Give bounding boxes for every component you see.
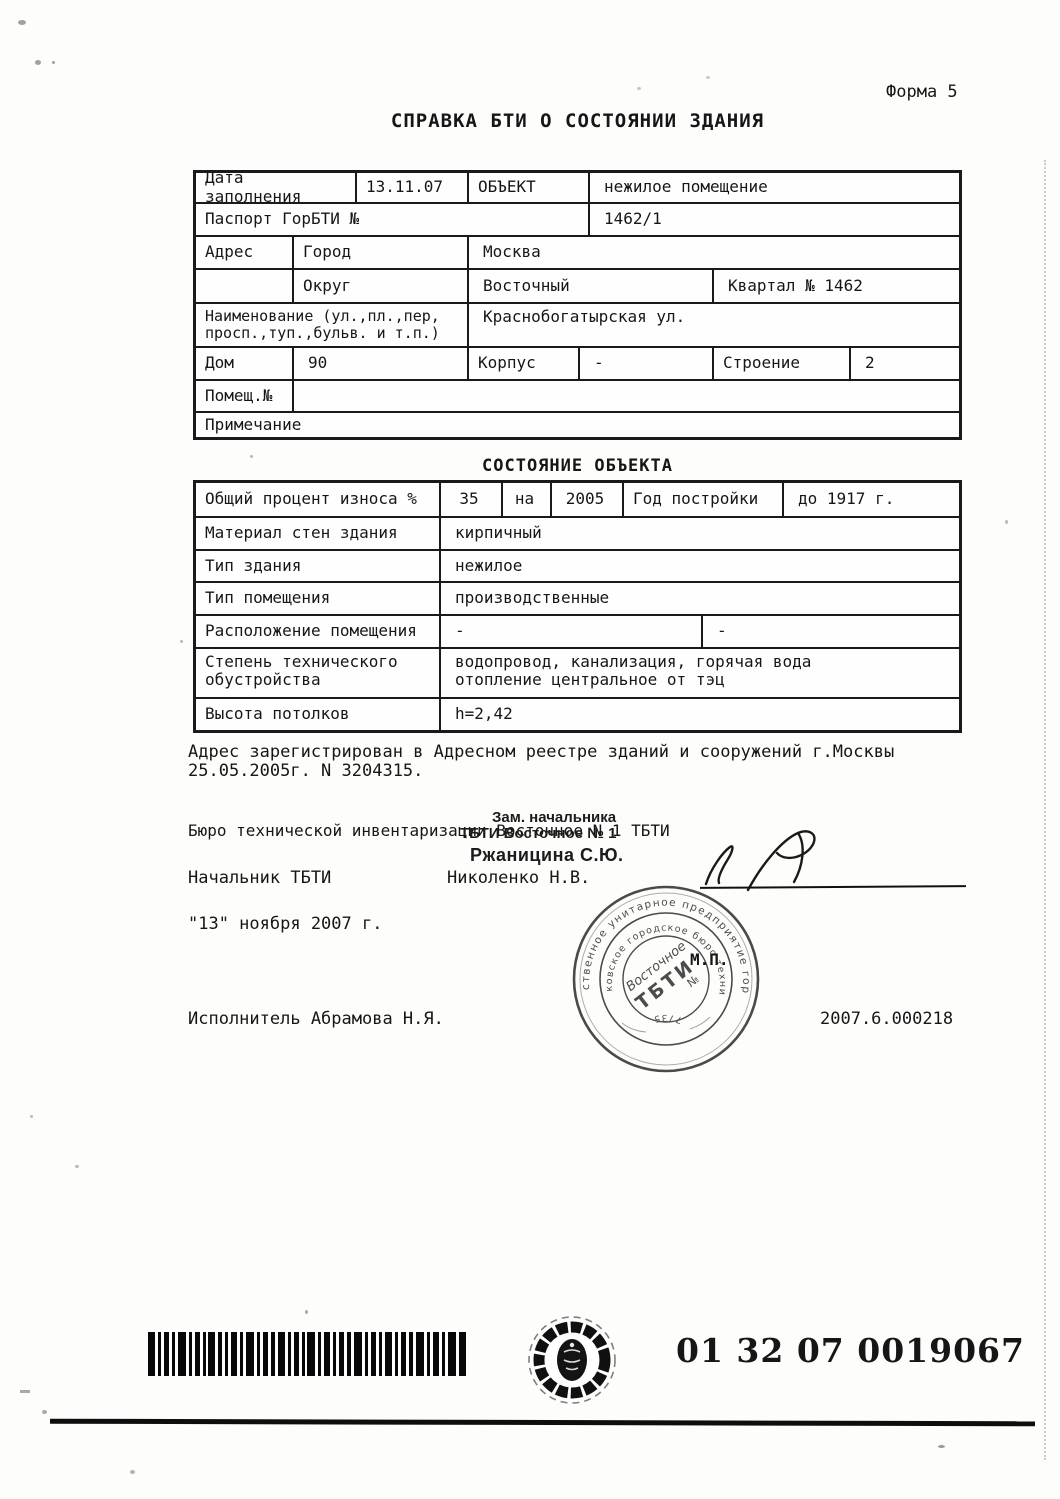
cell-object-label: ОБЪЕКТ bbox=[469, 173, 590, 202]
table-row: Общий процент износа % 35 на 2005 Год по… bbox=[196, 483, 959, 516]
table-row: Примечание bbox=[196, 411, 959, 437]
cell-passport-value: 1462/1 bbox=[590, 204, 959, 235]
cell-wear-value: 35 bbox=[441, 483, 503, 516]
date-line: "13" ноября 2007 г. bbox=[188, 914, 382, 934]
stamp-bottom-digits: 7735 bbox=[651, 1012, 683, 1025]
cell-stroenie-value: 2 bbox=[851, 348, 959, 379]
stamp-role-line-2: ТБТИ Восточное № 1 bbox=[460, 825, 616, 842]
cell-utilities-label: Степень технического обустройства bbox=[196, 649, 441, 697]
scan-speck bbox=[18, 20, 26, 25]
cell-wear-label: Общий процент износа % bbox=[196, 483, 441, 516]
table-row: Высота потолков h=2,42 bbox=[196, 697, 959, 730]
utilities-line-1: водопровод, канализация, горячая вода bbox=[455, 653, 953, 671]
table-row: Степень технического обустройства водопр… bbox=[196, 647, 959, 697]
cell-district-label: Округ bbox=[294, 270, 469, 302]
cell-location-label: Расположение помещения bbox=[196, 616, 441, 647]
info-table: Дата заполнения 13.11.07 ОБЪЕКТ нежилое … bbox=[193, 170, 962, 440]
scan-speck bbox=[130, 1470, 135, 1474]
table-row: Округ Восточный Квартал № 1462 bbox=[196, 268, 959, 302]
table-row: Наименование (ул.,пл.,пер, просп.,туп.,б… bbox=[196, 302, 959, 346]
cell-stroenie-label: Строение bbox=[714, 348, 851, 379]
cell-note-label: Примечание bbox=[196, 413, 959, 437]
cell-kvartal-value: Квартал № 1462 bbox=[714, 270, 959, 302]
scan-speck bbox=[637, 87, 641, 90]
scan-speck bbox=[938, 1445, 945, 1448]
scan-speck bbox=[75, 1165, 79, 1168]
table-row: Расположение помещения - - bbox=[196, 614, 959, 647]
document-title: СПРАВКА БТИ О СОСТОЯНИИ ЗДАНИЯ bbox=[193, 110, 962, 132]
cell-district-value: Восточный bbox=[469, 270, 714, 302]
scan-speck bbox=[42, 1410, 47, 1414]
scan-speck bbox=[30, 1115, 33, 1118]
cell-korpus-label: Корпус bbox=[469, 348, 580, 379]
scan-speck bbox=[20, 1390, 30, 1393]
utilities-line-2: отопление центральное от тэц bbox=[455, 671, 953, 689]
svg-text:7735: 7735 bbox=[651, 1012, 683, 1025]
scan-speck bbox=[250, 455, 253, 458]
barcode-icon bbox=[148, 1332, 466, 1376]
cell-walls-value: кирпичный bbox=[441, 518, 959, 549]
document-number: 2007.6.000218 bbox=[820, 1009, 953, 1029]
table-row: Помещ.№ bbox=[196, 379, 959, 411]
state-table: Общий процент износа % 35 на 2005 Год по… bbox=[193, 480, 962, 733]
cell-built-value: до 1917 г. bbox=[784, 483, 959, 516]
footer-registration-number: 01 32 07 0019067 bbox=[676, 1331, 1025, 1370]
cell-built-label: Год постройки bbox=[624, 483, 784, 516]
scan-speck bbox=[305, 1310, 308, 1314]
mp-seal-label: М.П. bbox=[690, 950, 729, 969]
cell-street-value: Краснобогатырская ул. bbox=[469, 304, 959, 346]
scan-speck bbox=[180, 640, 183, 643]
scan-speck bbox=[35, 60, 41, 65]
round-stamp-icon: ственное унитарное предприятие города Мо… bbox=[570, 883, 762, 1075]
seal-emblem-icon bbox=[522, 1312, 622, 1412]
cell-na-year: 2005 bbox=[552, 483, 624, 516]
cell-korpus-value: - bbox=[580, 348, 714, 379]
table-row: Адрес Город Москва bbox=[196, 235, 959, 268]
cell-object-value: нежилое помещение bbox=[590, 173, 959, 202]
table-row: Тип помещения производственные bbox=[196, 581, 959, 614]
cell-street-label: Наименование (ул.,пл.,пер, просп.,туп.,б… bbox=[196, 304, 469, 346]
table-row: Дом 90 Корпус - Строение 2 bbox=[196, 346, 959, 379]
chief-name: Николенко Н.В. bbox=[447, 868, 590, 888]
cell-btype-value: нежилое bbox=[441, 551, 959, 581]
cell-city-value: Москва bbox=[469, 237, 959, 268]
cell-empty bbox=[196, 270, 294, 302]
table-row: Дата заполнения 13.11.07 ОБЪЕКТ нежилое … bbox=[196, 173, 959, 202]
cell-date-label: Дата заполнения bbox=[196, 173, 357, 202]
state-section-heading: СОСТОЯНИЕ ОБЪЕКТА bbox=[193, 456, 962, 476]
table-row: Тип здания нежилое bbox=[196, 549, 959, 581]
cell-ptype-value: производственные bbox=[441, 583, 959, 614]
table-row: Материал стен здания кирпичный bbox=[196, 516, 959, 549]
form-number-label: Форма 5 bbox=[886, 82, 958, 102]
deputy-chief-name: Ржаницина С.Ю. bbox=[470, 845, 624, 866]
cell-utilities-value: водопровод, канализация, горячая вода от… bbox=[441, 649, 959, 697]
scan-artifact-line bbox=[1044, 160, 1046, 1460]
cell-na-label: на bbox=[503, 483, 552, 516]
cell-ceiling-label: Высота потолков bbox=[196, 699, 441, 730]
cell-house-value: 90 bbox=[294, 348, 469, 379]
table-row: Паспорт ГорБТИ № 1462/1 bbox=[196, 202, 959, 235]
cell-ptype-label: Тип помещения bbox=[196, 583, 441, 614]
stamp-role-line-1: Зам. начальника bbox=[492, 809, 616, 826]
scan-speck bbox=[706, 76, 710, 79]
cell-btype-label: Тип здания bbox=[196, 551, 441, 581]
registration-note-line-1: Адрес зарегистрирован в Адресном реестре… bbox=[188, 742, 894, 762]
cell-city-label: Город bbox=[294, 237, 469, 268]
cell-location-value-2: - bbox=[703, 616, 959, 647]
registration-note-line-2: 25.05.2005г. N 3204315. bbox=[188, 761, 423, 781]
cell-date-value: 13.11.07 bbox=[357, 173, 469, 202]
cell-pomesh-label: Помещ.№ bbox=[196, 381, 294, 411]
cell-ceiling-value: h=2,42 bbox=[441, 699, 959, 730]
scan-speck bbox=[52, 61, 55, 64]
executor-line: Исполнитель Абрамова Н.Я. bbox=[188, 1009, 444, 1029]
cell-passport-label: Паспорт ГорБТИ № bbox=[196, 204, 590, 235]
cell-address-label: Адрес bbox=[196, 237, 294, 268]
document-page: Форма 5 СПРАВКА БТИ О СОСТОЯНИИ ЗДАНИЯ Д… bbox=[0, 0, 1060, 1499]
bottom-rule bbox=[50, 1419, 1035, 1427]
scan-speck bbox=[1005, 520, 1008, 524]
cell-walls-label: Материал стен здания bbox=[196, 518, 441, 549]
cell-house-label: Дом bbox=[196, 348, 294, 379]
cell-location-value-1: - bbox=[441, 616, 703, 647]
cell-empty bbox=[294, 381, 959, 411]
chief-label: Начальник ТБТИ bbox=[188, 868, 331, 888]
